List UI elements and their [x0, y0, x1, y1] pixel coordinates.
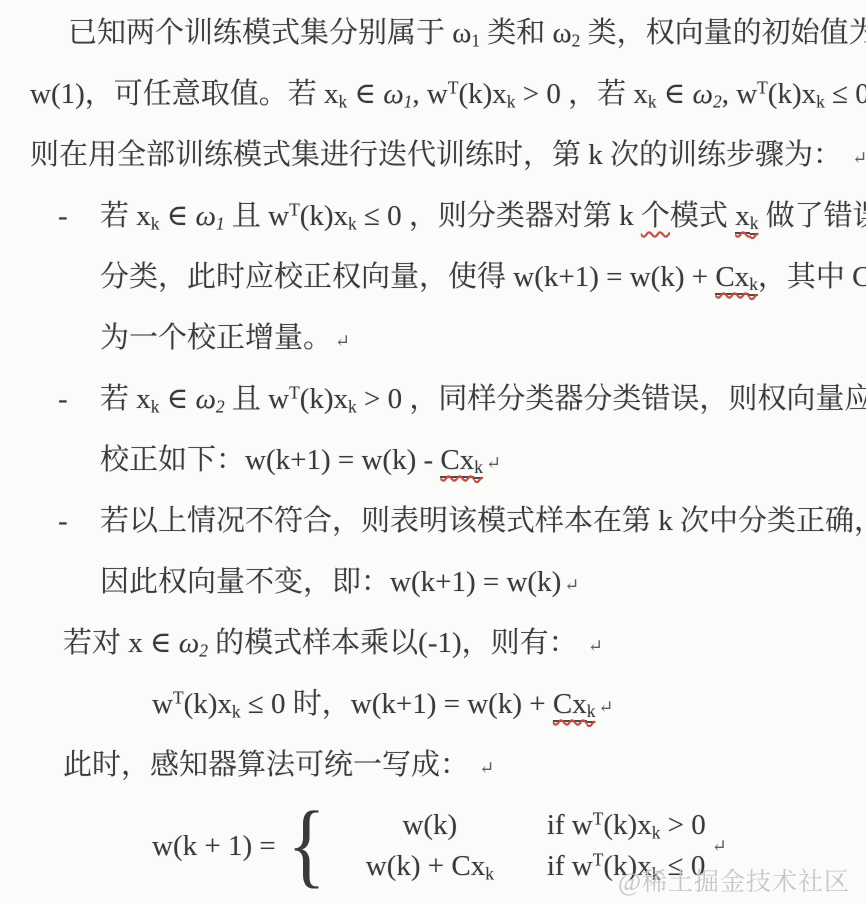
text-segment: (k)x [458, 78, 506, 110]
case-value: w(k) + Cxk [335, 846, 547, 887]
text-segment: k [816, 91, 825, 111]
text-segment: 校正如下：w(k+1) = w(k) - [100, 444, 440, 476]
text-segment: 做了错误 [758, 200, 866, 232]
text-segment: 的模式样本乘以(-1)，则有： [208, 627, 585, 659]
text-segment: 若以上情况不符合，则表明该模式样本在第 k 次中分类正确， [100, 505, 866, 537]
text-segment: k [648, 91, 657, 111]
text-segment: (k)x [184, 688, 232, 720]
return-mark: ↵ [564, 575, 579, 595]
text-segment: T [593, 849, 604, 869]
text-segment: > 0 [660, 809, 705, 841]
text-segment: (k)x [603, 809, 651, 841]
doc-line: 因此权向量不变，即：w(k+1) = w(k)↵ [0, 552, 866, 613]
text-segment: w [152, 688, 173, 720]
doc-line: 为一个校正增量。↵ [0, 308, 866, 369]
case-condition: if wT(k)xk > 0 [547, 805, 706, 846]
text-segment: ∈ [159, 383, 195, 415]
formula-lhs: w(k + 1) = [152, 830, 276, 863]
document-page: 已知两个训练模式集分别属于 ω1 类和 ω2 类，权向量的初始值为w(1)，可任… [0, 0, 866, 904]
text-segment: (k)x [768, 78, 816, 110]
return-mark: ↵ [712, 836, 727, 857]
text-segment: w(1)，可任意取值。若 x [30, 78, 339, 110]
text-segment: ∈ [657, 78, 693, 110]
text-segment: ω [693, 78, 713, 110]
text-segment: k [348, 396, 357, 416]
formula-case: w(k)if wT(k)xk > 0 [335, 805, 706, 846]
watermark: @稀土掘金技术社区 [618, 862, 850, 898]
document-lines: 已知两个训练模式集分别属于 ω1 类和 ω2 类，权向量的初始值为w(1)，可任… [0, 0, 866, 796]
doc-line: 此时，感知器算法可统一写成： ↵ [0, 735, 866, 796]
text-segment: Cx [553, 688, 587, 722]
doc-line: 若对 x ∈ ω2 的模式样本乘以(-1)，则有： ↵ [0, 613, 866, 674]
bullet-dash: - [58, 186, 68, 247]
text-segment: k [587, 701, 596, 723]
text-segment: if w [547, 850, 593, 882]
text-segment: 若对 x ∈ [63, 627, 179, 659]
text-segment: w(k) + Cx [366, 850, 485, 882]
left-brace: { [287, 801, 325, 890]
text-segment: k [339, 91, 348, 111]
return-mark: ↵ [335, 331, 350, 351]
text-segment: if w [547, 809, 593, 841]
text-segment: ω [195, 383, 215, 415]
text-segment: ≤ 0 时，w(k+1) = w(k) + [241, 688, 553, 720]
text-segment: 个 [641, 200, 670, 232]
text-segment: 类和 ω [480, 17, 572, 49]
text-segment: x [735, 200, 750, 234]
case-value: w(k) [335, 805, 547, 846]
text-segment: w(k) [402, 809, 457, 841]
text-segment: 且 w [225, 200, 289, 232]
text-segment: (k)x [300, 383, 348, 415]
bullet-dash: - [58, 491, 68, 552]
text-segment: 若 x [100, 200, 151, 232]
return-mark: ↵ [852, 148, 866, 168]
text-segment: T [289, 382, 300, 402]
text-segment: 分类，此时应校正权向量，使得 w(k+1) = w(k) + [100, 261, 715, 293]
text-segment: 2 [216, 396, 225, 416]
doc-line: wT(k)xk ≤ 0 时，w(k+1) = w(k) + Cxk↵ [0, 674, 866, 735]
text-segment: 此时，感知器算法可统一写成： [63, 749, 476, 781]
return-mark: ↵ [486, 453, 501, 473]
text-segment: , w [412, 78, 447, 110]
text-segment: ω [195, 200, 215, 232]
doc-line: 分类，此时应校正权向量，使得 w(k+1) = w(k) + Cxk，其中 C [0, 247, 866, 308]
text-segment: (k)x [300, 200, 348, 232]
text-segment: T [289, 199, 300, 219]
text-segment: 类，权向量的初始值为 [580, 17, 866, 49]
text-segment: 1 [471, 30, 480, 50]
text-segment: 2 [199, 640, 208, 660]
return-mark: ↵ [588, 636, 603, 656]
text-segment: 为一个校正增量。 [100, 322, 332, 354]
doc-line: -若以上情况不符合，则表明该模式样本在第 k 次中分类正确， [0, 491, 866, 552]
text-segment: k [348, 213, 357, 233]
text-segment: 若 x [100, 383, 151, 415]
text-segment: 模式 [670, 200, 735, 232]
doc-line: 则在用全部训练模式集进行迭代训练时，第 k 次的训练步骤为： ↵ [0, 125, 866, 186]
text-segment: 因此权向量不变，即：w(k+1) = w(k) [100, 566, 561, 598]
text-segment: ∈ [159, 200, 195, 232]
text-segment: Cx [715, 261, 749, 295]
return-mark: ↵ [479, 758, 494, 778]
text-segment: T [593, 808, 604, 828]
text-segment: w(k + 1) = [152, 830, 276, 862]
text-segment: T [448, 77, 459, 97]
text-segment: 则在用全部训练模式集进行迭代训练时，第 k 次的训练步骤为： [30, 139, 849, 171]
text-segment: k [474, 457, 483, 479]
text-segment: > 0 ，同样分类器分类错误，则权向量应 [357, 383, 866, 415]
text-segment: ∈ [347, 78, 383, 110]
text-segment: k [485, 863, 494, 883]
text-segment: 1 [216, 213, 225, 233]
text-segment: k [749, 274, 758, 296]
text-segment: ≤ 0 ，则分类器对第 k [357, 200, 641, 232]
doc-line: 已知两个训练模式集分别属于 ω1 类和 ω2 类，权向量的初始值为 [0, 3, 866, 64]
text-segment: Cx [440, 444, 474, 478]
text-segment: T [173, 687, 184, 707]
text-segment: ω [179, 627, 199, 659]
doc-line: 校正如下：w(k+1) = w(k) - Cxk↵ [0, 430, 866, 491]
text-segment: T [757, 77, 768, 97]
doc-line: -若 xk ∈ ω1 且 wT(k)xk ≤ 0 ，则分类器对第 k 个模式 x… [0, 186, 866, 247]
text-segment: 且 w [225, 383, 289, 415]
text-segment: > 0 ，若 x [515, 78, 647, 110]
text-segment: ，其中 C [758, 261, 866, 293]
text-segment: , w [722, 78, 757, 110]
return-mark: ↵ [598, 697, 613, 717]
text-segment: 已知两个训练模式集分别属于 ω [68, 17, 471, 49]
text-segment: ≤ 0 ， [825, 78, 866, 110]
text-segment: ω [383, 78, 403, 110]
doc-line: w(1)，可任意取值。若 xk ∈ ω1, wT(k)xk > 0 ，若 xk … [0, 64, 866, 125]
bullet-dash: - [58, 369, 68, 430]
text-segment: k [232, 701, 241, 721]
doc-line: -若 xk ∈ ω2 且 wT(k)xk > 0 ，同样分类器分类错误，则权向量… [0, 369, 866, 430]
text-segment: 2 [713, 91, 722, 111]
